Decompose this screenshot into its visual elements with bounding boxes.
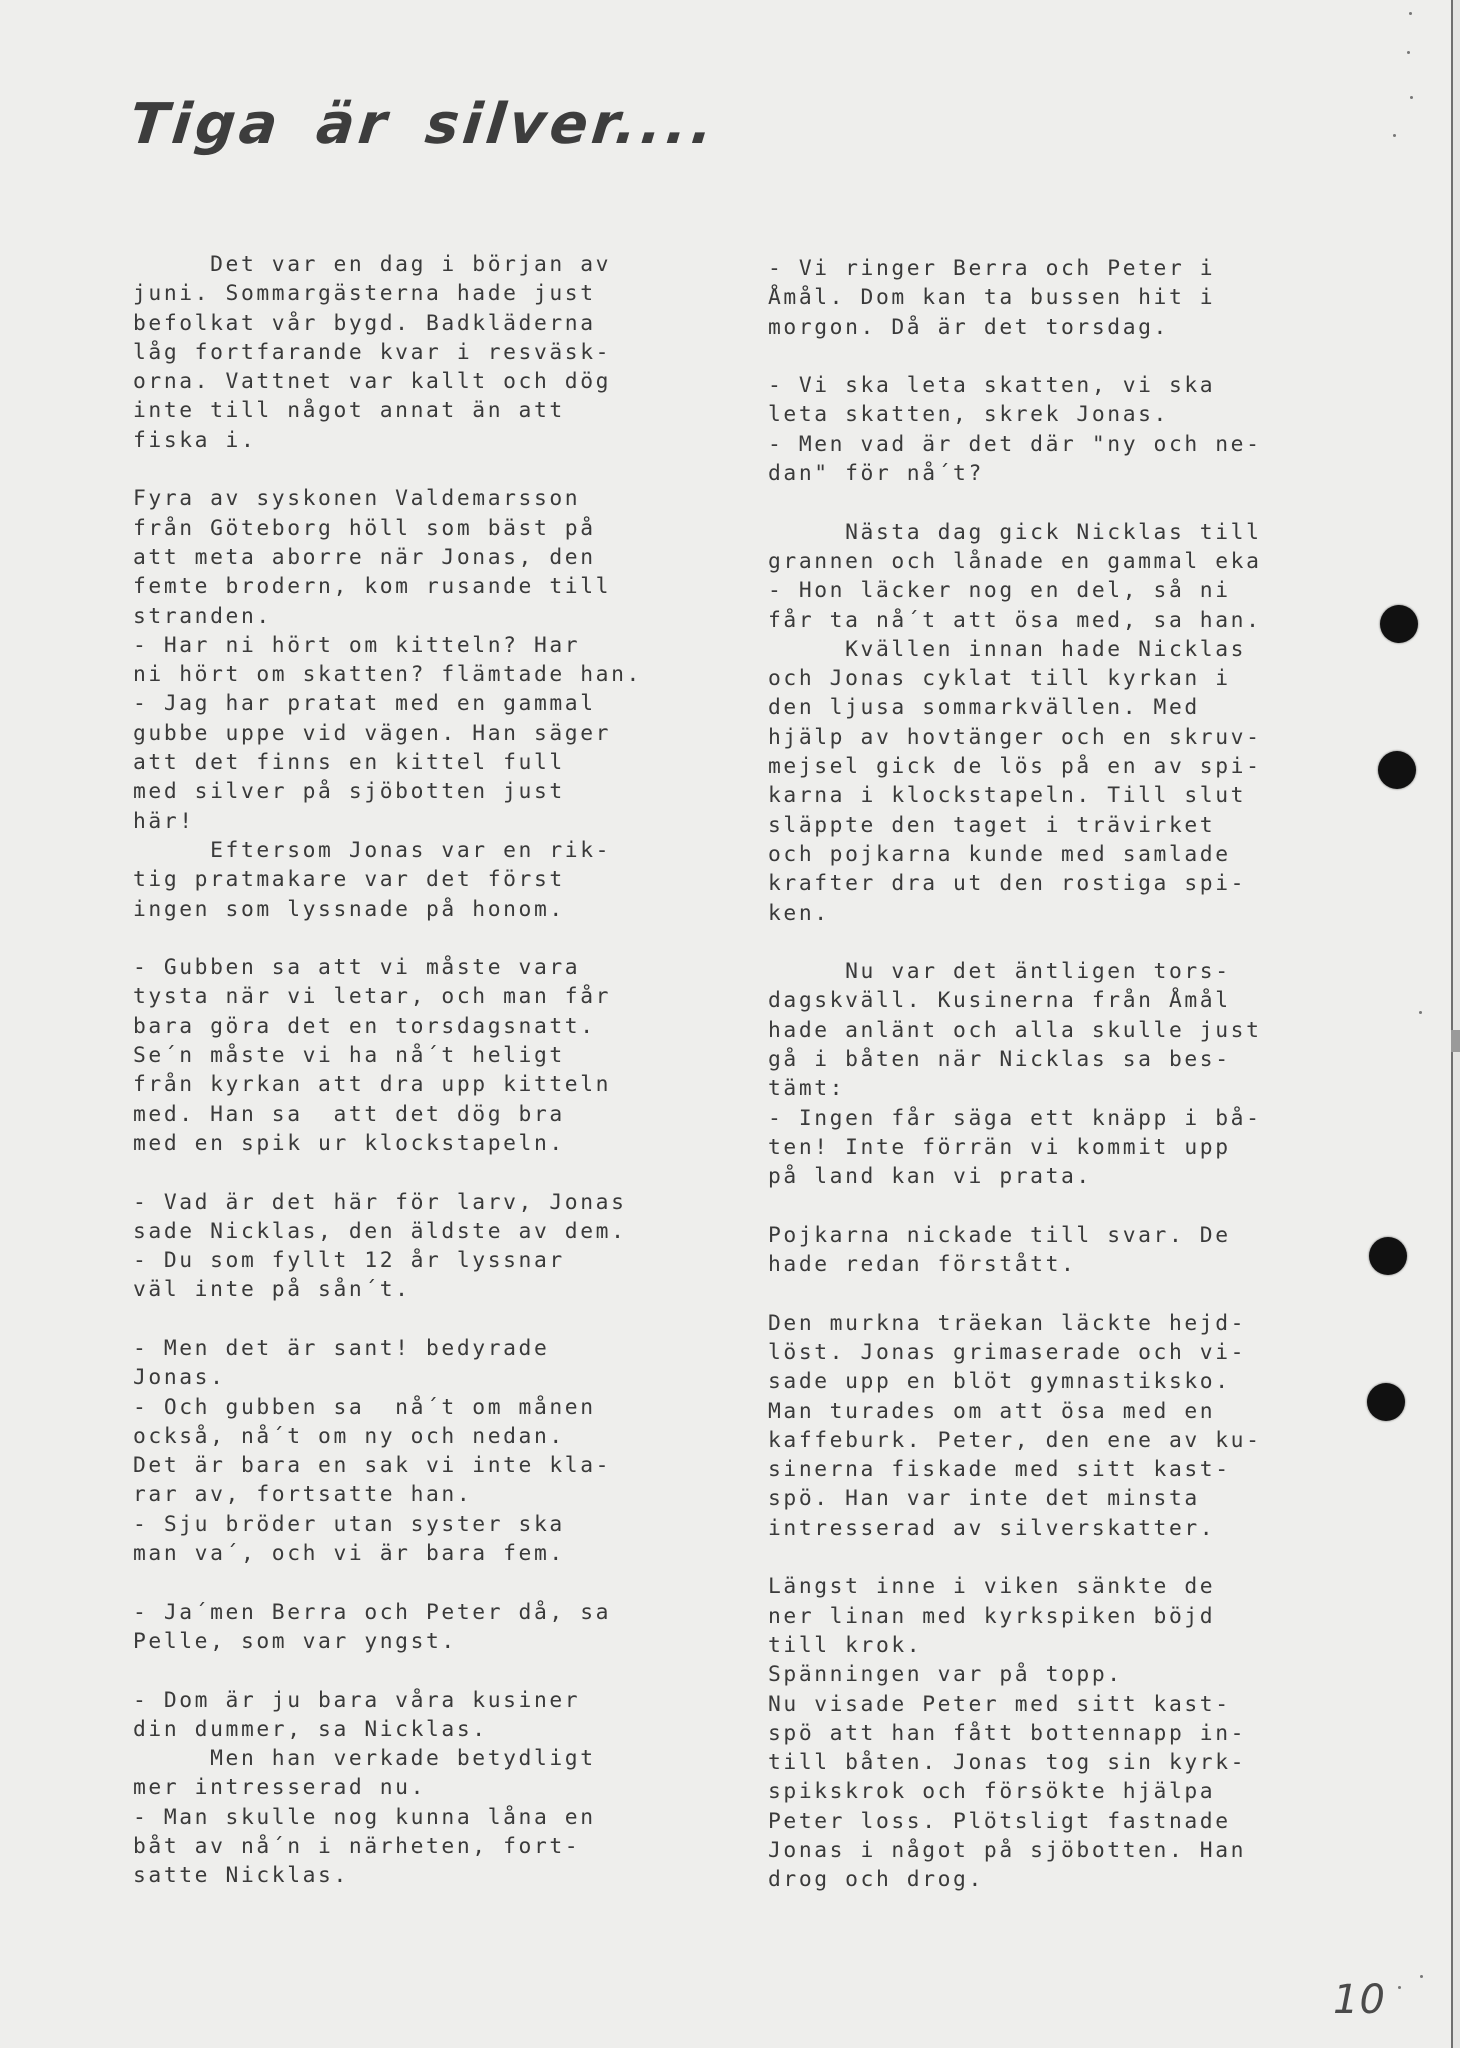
punch-hole	[1378, 751, 1416, 789]
text-line: får ta nå´t att ösa med, sa han.	[768, 606, 1288, 635]
text-line: Längst inne i viken sänkte de	[768, 1572, 1288, 1601]
text-line: karna i klockstapeln. Till slut	[768, 781, 1288, 810]
text-line: rar av, fortsatte han.	[133, 1480, 653, 1509]
text-line	[133, 455, 653, 484]
paper-speck	[1419, 1011, 1422, 1014]
story-title: Tiga är silver....	[127, 92, 720, 157]
text-line: leta skatten, skrek Jonas.	[768, 400, 1288, 429]
text-line: tig pratmakare var det först	[133, 865, 653, 894]
text-line: dagskväll. Kusinerna från Åmål	[768, 986, 1288, 1015]
text-line: man va´, och vi är bara fem.	[133, 1539, 653, 1568]
text-line	[133, 1568, 653, 1597]
paper-speck	[1398, 1986, 1401, 1989]
text-line	[768, 1279, 1288, 1308]
text-line: - Ingen får säga ett knäpp i bå-	[768, 1104, 1288, 1133]
text-line	[133, 1656, 653, 1685]
text-line: låg fortfarande kvar i resväsk-	[133, 338, 653, 367]
text-line: Det är bara en sak vi inte kla-	[133, 1451, 653, 1480]
text-line: med en spik ur klockstapeln.	[133, 1129, 653, 1158]
text-line: mejsel gick de lös på en av spi-	[768, 752, 1288, 781]
text-line: - Man skulle nog kunna låna en	[133, 1803, 653, 1832]
text-line: juni. Sommargästerna hade just	[133, 279, 653, 308]
text-line: - Men det är sant! bedyrade	[133, 1334, 653, 1363]
text-line: spö att han fått bottennapp in-	[768, 1719, 1288, 1748]
text-line: Pelle, som var yngst.	[133, 1627, 653, 1656]
text-line: hade anlänt och alla skulle just	[768, 1016, 1288, 1045]
text-line: inte till något annat än att	[133, 396, 653, 425]
text-line	[133, 924, 653, 953]
punch-hole	[1380, 605, 1418, 643]
document-page: Tiga är silver.... Det var en dag i börj…	[0, 0, 1453, 2048]
text-line: Nu visade Peter med sitt kast-	[768, 1690, 1288, 1719]
text-line: tämt:	[768, 1074, 1288, 1103]
text-line	[768, 1543, 1288, 1572]
text-line: ni hört om skatten? flämtade han.	[133, 660, 653, 689]
text-line: mer intresserad nu.	[133, 1773, 653, 1802]
text-line: från kyrkan att dra upp kitteln	[133, 1070, 653, 1099]
text-line: sade Nicklas, den äldste av dem.	[133, 1217, 653, 1246]
text-line: sade upp en blöt gymnastiksko.	[768, 1367, 1288, 1396]
text-line	[133, 1158, 653, 1187]
text-line: - Dom är ju bara våra kusiner	[133, 1686, 653, 1715]
text-line: gubbe uppe vid vägen. Han säger	[133, 719, 653, 748]
text-line: - Gubben sa att vi måste vara	[133, 953, 653, 982]
text-line: - Och gubben sa nå´t om månen	[133, 1393, 653, 1422]
text-line: kaffeburk. Peter, den ene av ku-	[768, 1426, 1288, 1455]
edge-mark	[1451, 1030, 1460, 1052]
punch-hole	[1367, 1383, 1405, 1421]
text-line: Fyra av syskonen Valdemarsson	[133, 484, 653, 513]
text-line: hjälp av hovtänger och en skruv-	[768, 723, 1288, 752]
paper-speck	[1409, 12, 1412, 15]
text-line: din dummer, sa Nicklas.	[133, 1715, 653, 1744]
paper-speck	[1420, 1975, 1423, 1978]
text-line: Man turades om att ösa med en	[768, 1397, 1288, 1426]
text-line: - Vi ringer Berra och Peter i	[768, 254, 1288, 283]
text-line: att meta aborre när Jonas, den	[133, 543, 653, 572]
text-line: ten! Inte förrän vi kommit upp	[768, 1133, 1288, 1162]
text-line: Peter loss. Plötsligt fastnade	[768, 1807, 1288, 1836]
text-line: och Jonas cyklat till kyrkan i	[768, 664, 1288, 693]
text-line: till båten. Jonas tog sin kyrk-	[768, 1748, 1288, 1777]
paper-speck	[1410, 96, 1413, 99]
text-line: den ljusa sommarkvällen. Med	[768, 693, 1288, 722]
text-line: båt av nå´n i närheten, fort-	[133, 1832, 653, 1861]
text-line: femte brodern, kom rusande till	[133, 572, 653, 601]
text-line: Spänningen var på topp.	[768, 1660, 1288, 1689]
text-line: här!	[133, 807, 653, 836]
text-line: - Hon läcker nog en del, så ni	[768, 576, 1288, 605]
text-line: - Jag har pratat med en gammal	[133, 689, 653, 718]
paper-speck	[1407, 51, 1410, 54]
text-line: bara göra det en torsdagsnatt.	[133, 1012, 653, 1041]
text-line: Det var en dag i början av	[133, 250, 653, 279]
text-line: på land kan vi prata.	[768, 1162, 1288, 1191]
text-line: fiska i.	[133, 426, 653, 455]
text-line: sinerna fiskade med sitt kast-	[768, 1455, 1288, 1484]
text-line	[768, 342, 1288, 371]
text-line: Kvällen innan hade Nicklas	[768, 635, 1288, 664]
text-line: - Men vad är det där "ny och ne-	[768, 430, 1288, 459]
right-text-column: - Vi ringer Berra och Peter iÅmål. Dom k…	[768, 254, 1288, 1895]
text-line: grannen och lånade en gammal eka	[768, 547, 1288, 576]
text-line	[768, 928, 1288, 957]
text-line: - Sju bröder utan syster ska	[133, 1510, 653, 1539]
paper-speck	[1393, 134, 1396, 137]
text-line: dan" för nå´t?	[768, 459, 1288, 488]
text-line: spikskrok och försökte hjälpa	[768, 1777, 1288, 1806]
text-line: krafter dra ut den rostiga spi-	[768, 869, 1288, 898]
text-line: - Du som fyllt 12 år lyssnar	[133, 1246, 653, 1275]
text-line: Men han verkade betydligt	[133, 1744, 653, 1773]
text-line: Jonas.	[133, 1363, 653, 1392]
text-line: befolkat vår bygd. Badkläderna	[133, 309, 653, 338]
text-line: gå i båten när Nicklas sa bes-	[768, 1045, 1288, 1074]
text-line: hade redan förstått.	[768, 1250, 1288, 1279]
text-line: släppte den taget i trävirket	[768, 811, 1288, 840]
text-line: - Ja´men Berra och Peter då, sa	[133, 1598, 653, 1627]
text-line: och pojkarna kunde med samlade	[768, 840, 1288, 869]
punch-hole	[1369, 1237, 1407, 1275]
text-line: med. Han sa att det dög bra	[133, 1100, 653, 1129]
text-line: stranden.	[133, 602, 653, 631]
text-line: spö. Han var inte det minsta	[768, 1484, 1288, 1513]
text-line	[133, 1305, 653, 1334]
text-line: ner linan med kyrkspiken böjd	[768, 1602, 1288, 1631]
page-number: 10	[1333, 1977, 1386, 2023]
text-line: Åmål. Dom kan ta bussen hit i	[768, 283, 1288, 312]
text-line: orna. Vattnet var kallt och dög	[133, 367, 653, 396]
text-line: satte Nicklas.	[133, 1861, 653, 1890]
text-line: att det finns en kittel full	[133, 748, 653, 777]
text-line: Jonas i något på sjöbotten. Han	[768, 1836, 1288, 1865]
text-line: - Vad är det här för larv, Jonas	[133, 1188, 653, 1217]
text-line: intresserad av silverskatter.	[768, 1514, 1288, 1543]
text-line: också, nå´t om ny och nedan.	[133, 1422, 653, 1451]
text-line: morgon. Då är det torsdag.	[768, 313, 1288, 342]
text-line: Eftersom Jonas var en rik-	[133, 836, 653, 865]
text-line: från Göteborg höll som bäst på	[133, 514, 653, 543]
text-line: ingen som lyssnade på honom.	[133, 895, 653, 924]
text-line: väl inte på sån´t.	[133, 1275, 653, 1304]
text-line	[768, 1192, 1288, 1221]
left-text-column: Det var en dag i början avjuni. Sommargä…	[133, 250, 653, 1891]
text-line	[768, 488, 1288, 517]
text-line: till krok.	[768, 1631, 1288, 1660]
text-line: Nästa dag gick Nicklas till	[768, 518, 1288, 547]
text-line: Pojkarna nickade till svar. De	[768, 1221, 1288, 1250]
text-line: tysta när vi letar, och man får	[133, 982, 653, 1011]
text-line: med silver på sjöbotten just	[133, 777, 653, 806]
text-line: drog och drog.	[768, 1865, 1288, 1894]
text-line: ken.	[768, 899, 1288, 928]
text-line: Nu var det äntligen tors-	[768, 957, 1288, 986]
text-line: - Har ni hört om kitteln? Har	[133, 631, 653, 660]
text-line: Den murkna träekan läckte hejd-	[768, 1309, 1288, 1338]
text-line: löst. Jonas grimaserade och vi-	[768, 1338, 1288, 1367]
page-edge	[1453, 0, 1460, 2048]
text-line: Se´n måste vi ha nå´t heligt	[133, 1041, 653, 1070]
text-line: - Vi ska leta skatten, vi ska	[768, 371, 1288, 400]
